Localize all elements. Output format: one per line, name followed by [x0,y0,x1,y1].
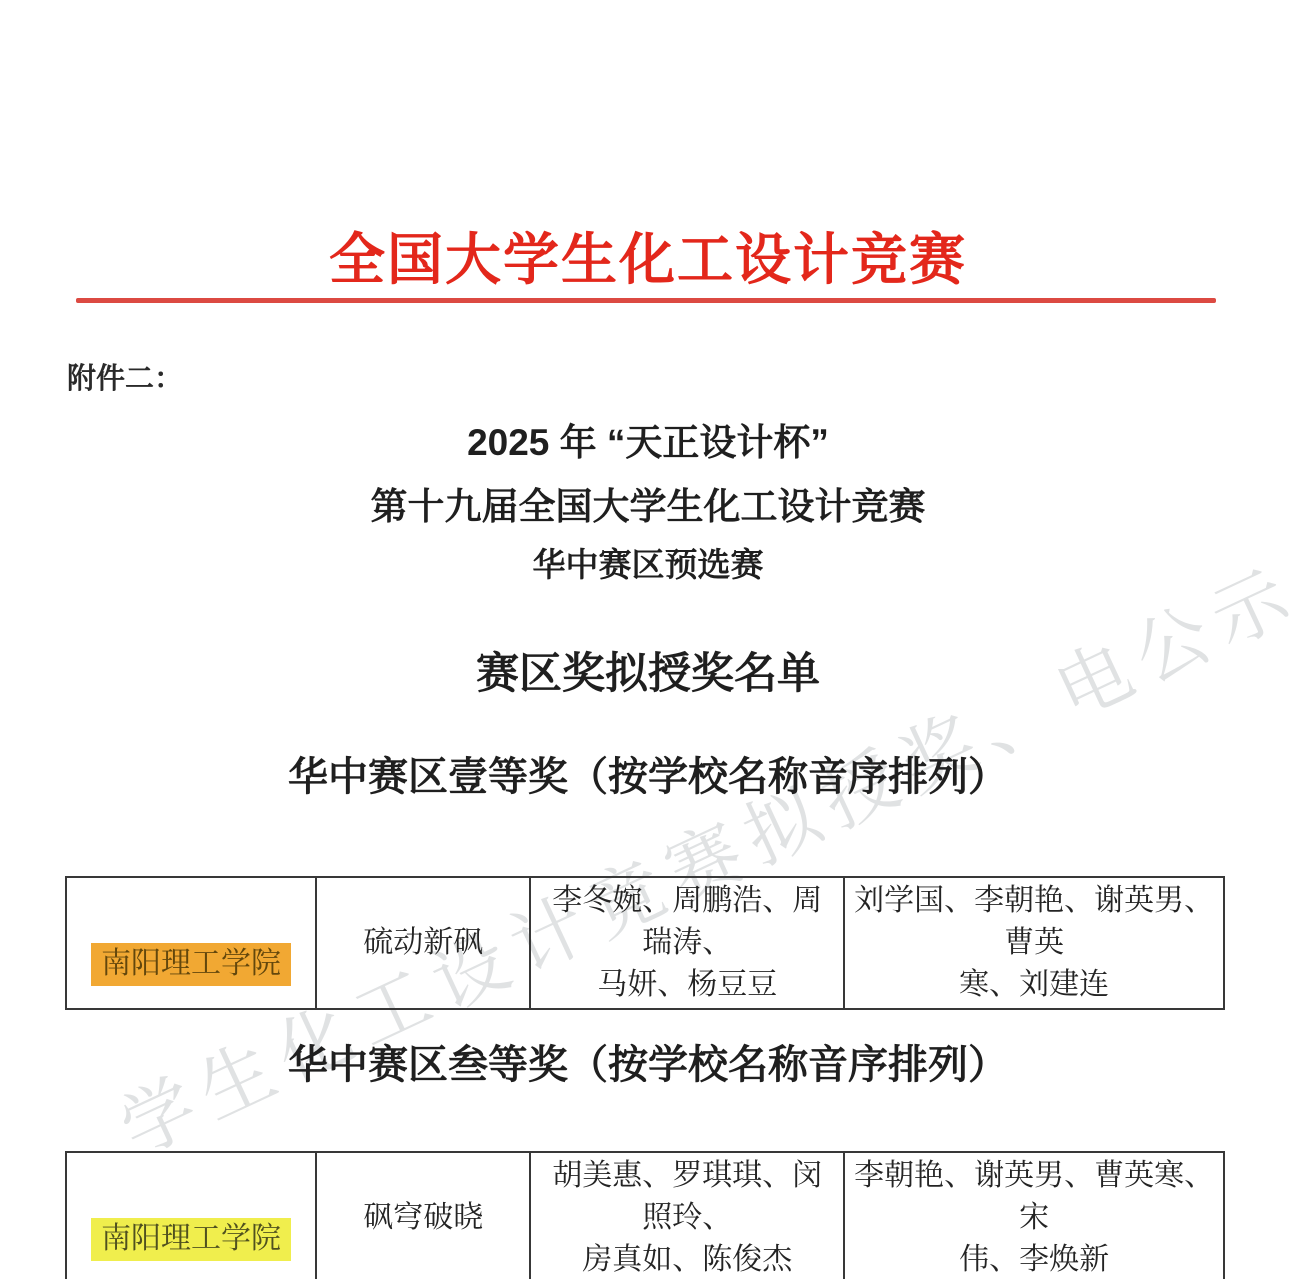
letterhead-rule [76,298,1216,303]
letterhead-title: 全国大学生化工设计竞赛 [0,216,1296,296]
advisors-cell: 李朝艳、谢英男、曹英寒、宋 伟、李焕新 [844,1152,1224,1279]
work-title-cell: 硫动新砜 [316,877,530,1009]
table-row: 南阳理工学院 砜穹破晓 胡美惠、罗琪琪、闵照玲、 房真如、陈俊杰 李朝艳、谢英男… [66,1152,1224,1279]
advisors-cell: 刘学国、李朝艳、谢英男、曹英 寒、刘建连 [844,877,1224,1009]
school-cell: 南阳理工学院 [66,877,316,1009]
students-cell: 胡美惠、罗琪琪、闵照玲、 房真如、陈俊杰 [530,1152,844,1279]
students-cell: 李冬婉、周鹏浩、周瑞涛、 马妍、杨豆豆 [530,877,844,1009]
school-cell: 南阳理工学院 [66,1152,316,1279]
work-title-cell: 砜穹破晓 [316,1152,530,1279]
awards-table-third-prize: 南阳理工学院 砜穹破晓 胡美惠、罗琪琪、闵照玲、 房真如、陈俊杰 李朝艳、谢英男… [65,1151,1225,1279]
highlighted-school-name: 南阳理工学院 [91,943,291,986]
award-list-title: 赛区奖拟授奖名单 [0,640,1296,701]
awards-table-first-prize: 南阳理工学院 硫动新砜 李冬婉、周鹏浩、周瑞涛、 马妍、杨豆豆 刘学国、李朝艳、… [65,876,1225,1010]
section-heading-first-prize: 华中赛区壹等奖（按学校名称音序排列） [0,745,1296,802]
table-row: 南阳理工学院 硫动新砜 李冬婉、周鹏浩、周瑞涛、 马妍、杨豆豆 刘学国、李朝艳、… [66,877,1224,1009]
section-heading-third-prize: 华中赛区叁等奖（按学校名称音序排列） [0,1033,1296,1090]
competition-title-year-cup: 2025 年 “天正设计杯” [0,412,1296,466]
highlighted-school-name: 南阳理工学院 [91,1218,291,1261]
competition-title-division: 华中赛区预选赛 [0,539,1296,586]
attachment-label: 附件二： [67,356,183,397]
competition-title-session: 第十九届全国大学生化工设计竞赛 [0,476,1296,530]
